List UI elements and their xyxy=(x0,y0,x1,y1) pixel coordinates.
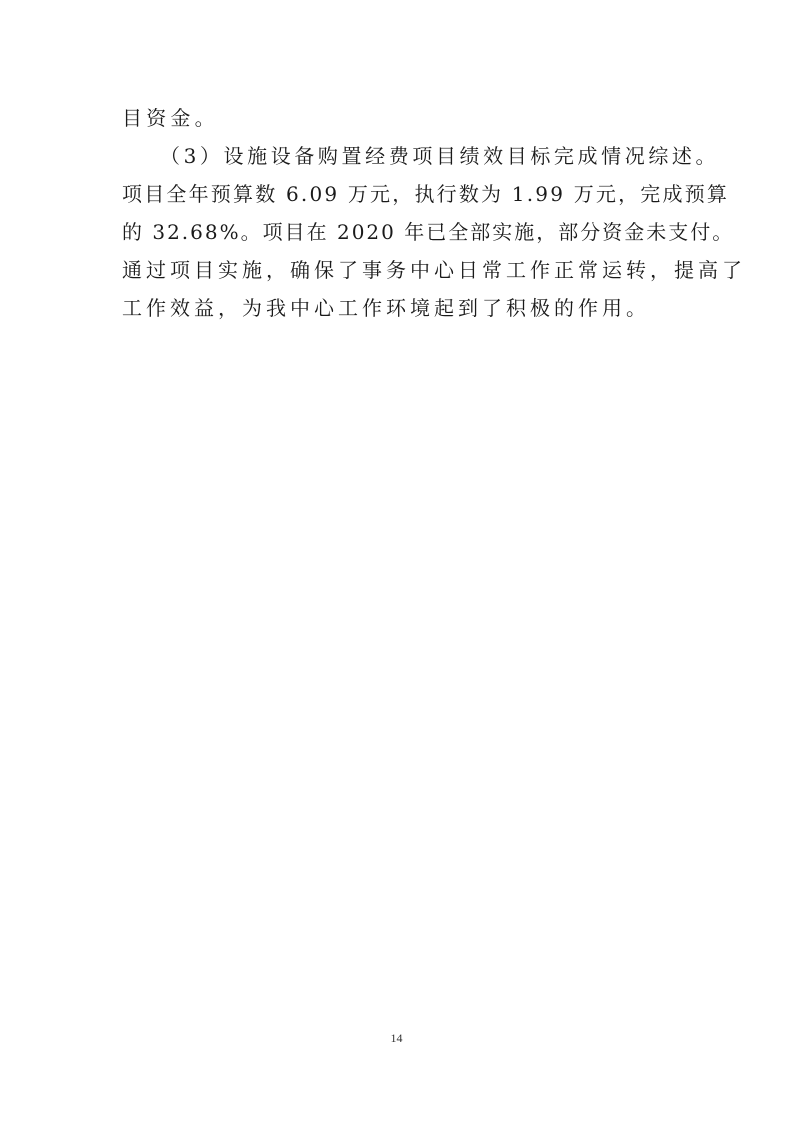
page-number: 14 xyxy=(0,1031,793,1046)
paragraph-line: 通过项目实施，确保了事务中心日常工作正常运转，提高了 xyxy=(122,258,684,282)
paragraph-line: 工作效益，为我中心工作环境起到了积极的作用。 xyxy=(122,296,684,320)
paragraph-line: 的 32.68%。项目在 2020 年已全部实施，部分资金未支付。 xyxy=(122,220,684,244)
section-heading: （3）设施设备购置经费项目绩效目标完成情况综述。 xyxy=(160,144,684,168)
document-page: 目资金。 （3）设施设备购置经费项目绩效目标完成情况综述。 项目全年预算数 6.… xyxy=(0,0,793,1122)
paragraph-line: 项目全年预算数 6.09 万元，执行数为 1.99 万元，完成预算 xyxy=(122,182,684,206)
paragraph-line: 目资金。 xyxy=(122,106,684,130)
